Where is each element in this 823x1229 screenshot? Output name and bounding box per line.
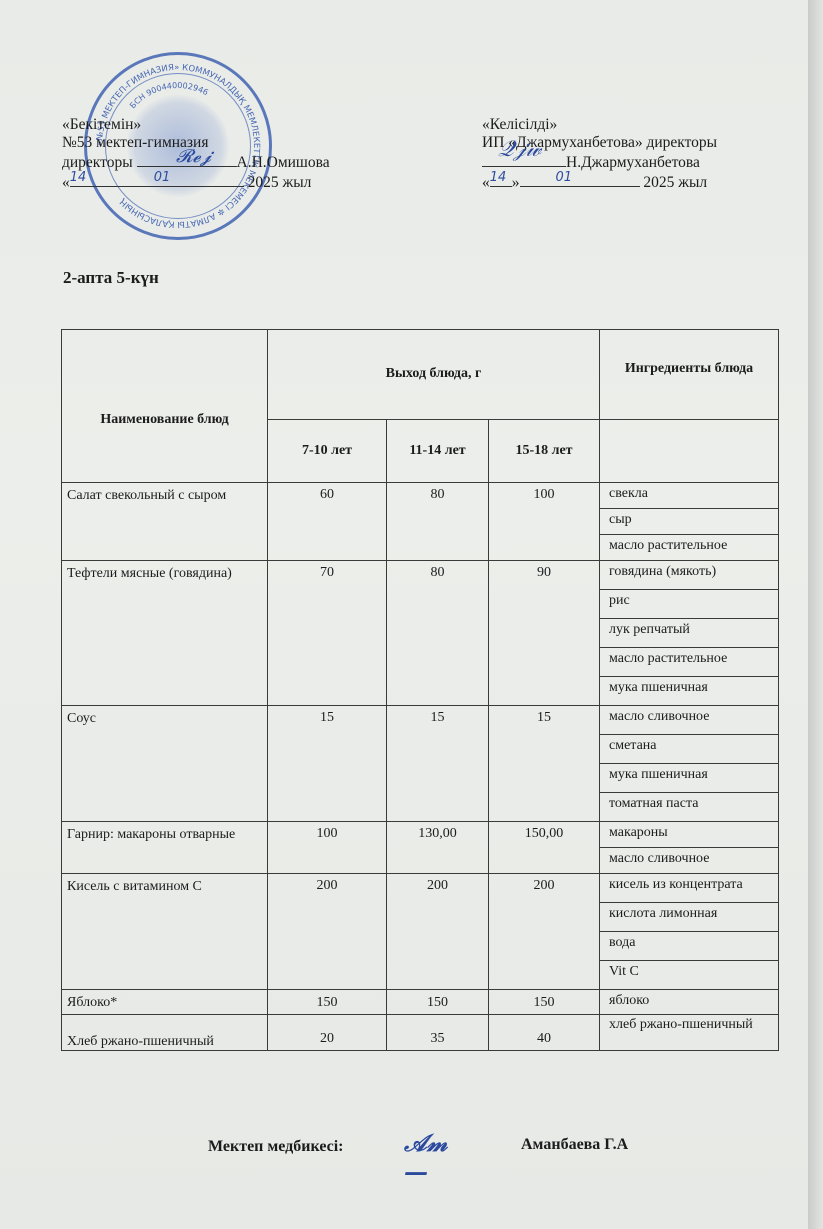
yield-11-14: 15 xyxy=(387,706,489,822)
ingredient-cell: рис xyxy=(600,590,779,619)
ingredient-cell: томатная паста xyxy=(600,793,779,822)
ingredient-cell: свекла xyxy=(600,483,779,509)
table-row: Яблоко*150150150яблоко xyxy=(62,990,779,1015)
ingredient-cell: вода xyxy=(600,932,779,961)
yield-11-14: 80 xyxy=(387,561,489,706)
table-row: Гарнир: макароны отварные100130,00150,00… xyxy=(62,822,779,848)
ingredient-cell: макароны xyxy=(600,822,779,848)
approval-name: А.Н.Омишова xyxy=(237,154,330,171)
menu-table: Наименование блюд Выход блюда, г Ингреди… xyxy=(61,329,779,1051)
yield-11-14: 80 xyxy=(387,483,489,561)
yield-7-10: 60 xyxy=(268,483,387,561)
yield-15-18: 15 xyxy=(489,706,600,822)
day-title: 2-апта 5-күн xyxy=(63,268,159,288)
yield-15-18: 40 xyxy=(489,1015,600,1051)
nurse-signature-block: Мектеп медбикесі: 𝒜𝓂— Аманбаева Г.А xyxy=(208,1138,343,1156)
yield-15-18: 100 xyxy=(489,483,600,561)
agreement-heading: «Келісілді» xyxy=(482,116,717,134)
ingredient-cell: мука пшеничная xyxy=(600,677,779,706)
agreement-name: Н.Джармуханбетова xyxy=(566,154,700,171)
table-row: Кисель с витамином С200200200кисель из к… xyxy=(62,874,779,903)
dish-name: Хлеб ржано-пшеничный xyxy=(62,1015,268,1051)
nurse-signature-icon: 𝒜𝓂— xyxy=(404,1128,447,1186)
ingredient-cell: масло растительное xyxy=(600,535,779,561)
ingredient-cell: Vit C xyxy=(600,961,779,990)
table-row: Хлеб ржано-пшеничный203540хлеб ржано-пше… xyxy=(62,1015,779,1051)
yield-7-10: 70 xyxy=(268,561,387,706)
yield-7-10: 15 xyxy=(268,706,387,822)
dish-name: Кисель с витамином С xyxy=(62,874,268,990)
yield-11-14: 35 xyxy=(387,1015,489,1051)
nurse-name: Аманбаева Г.А xyxy=(521,1136,628,1154)
menu-table-body: Салат свекольный с сыром6080100свекласыр… xyxy=(62,483,779,1051)
agreement-signature-icon: 𝒬𝒿𝓌 xyxy=(498,137,541,162)
agreement-date-day: 14 xyxy=(490,169,507,187)
yield-15-18: 150 xyxy=(489,990,600,1015)
ingredient-cell: сыр xyxy=(600,509,779,535)
yield-7-10: 100 xyxy=(268,822,387,874)
yield-11-14: 150 xyxy=(387,990,489,1015)
table-row: Тефтели мясные (говядина)708090говядина … xyxy=(62,561,779,590)
approval-heading: «Бекітемін» xyxy=(62,116,330,134)
dish-name: Гарнир: макароны отварные xyxy=(62,822,268,874)
approval-date-month: 01 xyxy=(154,169,171,187)
svg-text:БСН 900440002946: БСН 900440002946 xyxy=(128,81,210,110)
approval-year: 2025 жыл xyxy=(248,174,312,191)
header-dish-name: Наименование блюд xyxy=(62,330,268,483)
ingredient-cell: масло сливочное xyxy=(600,706,779,735)
yield-15-18: 90 xyxy=(489,561,600,706)
approval-date-day: 14 xyxy=(70,169,87,187)
header-yield: Выход блюда, г xyxy=(268,330,600,420)
ingredient-cell: масло растительное xyxy=(600,648,779,677)
dish-name: Салат свекольный с сыром xyxy=(62,483,268,561)
agreement-date-month: 01 xyxy=(556,169,573,187)
yield-15-18: 200 xyxy=(489,874,600,990)
table-row: Салат свекольный с сыром6080100свекла xyxy=(62,483,779,509)
nurse-label: Мектеп медбикесі: xyxy=(208,1138,343,1155)
yield-15-18: 150,00 xyxy=(489,822,600,874)
header-age-11-14: 11-14 лет xyxy=(387,419,489,482)
yield-7-10: 20 xyxy=(268,1015,387,1051)
dish-name: Яблоко* xyxy=(62,990,268,1015)
dish-name: Соус xyxy=(62,706,268,822)
approval-signature-icon: 𝓡𝓮𝓳 xyxy=(176,146,211,167)
header-ingredients: Ингредиенты блюда xyxy=(600,330,779,420)
table-row: Соус151515масло сливочное xyxy=(62,706,779,735)
header-age-15-18: 15-18 лет xyxy=(489,419,600,482)
ingredient-cell: сметана xyxy=(600,735,779,764)
ingredient-cell: лук репчатый xyxy=(600,619,779,648)
ingredient-cell: кислота лимонная xyxy=(600,903,779,932)
page-edge xyxy=(808,0,823,1229)
dish-name: Тефтели мясные (говядина) xyxy=(62,561,268,706)
ingredient-cell: яблоко xyxy=(600,990,779,1015)
yield-11-14: 130,00 xyxy=(387,822,489,874)
ingredient-cell: масло сливочное xyxy=(600,848,779,874)
yield-11-14: 200 xyxy=(387,874,489,990)
header-age-7-10: 7-10 лет xyxy=(268,419,387,482)
ingredient-cell: мука пшеничная xyxy=(600,764,779,793)
agreement-year: 2025 жыл xyxy=(643,174,707,191)
ingredient-cell: говядина (мякоть) xyxy=(600,561,779,590)
yield-7-10: 150 xyxy=(268,990,387,1015)
ingredient-cell: кисель из концентрата xyxy=(600,874,779,903)
ingredient-cell: хлеб ржано-пшеничный xyxy=(600,1015,779,1051)
yield-7-10: 200 xyxy=(268,874,387,990)
header-ingredients-empty xyxy=(600,419,779,482)
